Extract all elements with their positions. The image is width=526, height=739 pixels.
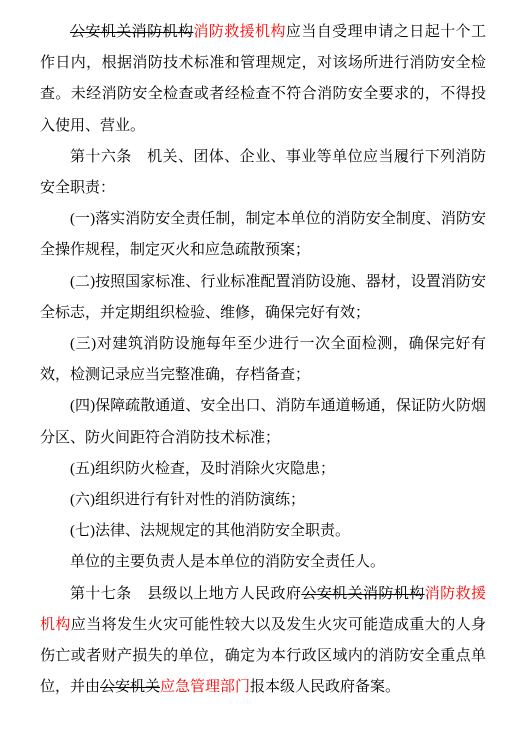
para-responsible-person: 单位的主要负责人是本单位的消防安全责任人。 — [40, 547, 486, 578]
inserted-text-run: 应急管理部门 — [160, 679, 250, 695]
inserted-text-run: 消防救援机构 — [193, 24, 286, 40]
text-run: (一)落实消防安全责任制，制定本单位的消防安全制度、消防安全操作规程，制定灭火和… — [40, 211, 486, 258]
text-run: (七)法律、法规规定的其他消防安全职责。 — [70, 523, 350, 539]
text-run: 单位的主要负责人是本单位的消防安全责任人。 — [70, 554, 385, 570]
text-run: (二)按照国家标准、行业标准配置消防设施、器材，设置消防安全标志，并定期组织检验… — [40, 274, 486, 321]
deleted-text-run: 公安机关消防机构 — [301, 586, 424, 602]
text-run: 第十七条 县级以上地方人民政府 — [70, 586, 301, 602]
text-run: (五)组织防火检查，及时消除火灾隐患； — [70, 461, 335, 477]
para-article-16-item-5: (五)组织防火检查，及时消除火灾隐患； — [40, 454, 486, 485]
deleted-text-run: 公安机关消防机构 — [70, 24, 193, 40]
text-run: 报本级人民政府备案。 — [250, 679, 400, 695]
para-inspection-clause: 公安机关消防机构消防救援机构应当自受理申请之日起十个工作日内，根据消防技术标准和… — [40, 17, 486, 142]
text-run: (六)组织进行有针对性的消防演练； — [70, 492, 305, 508]
text-run: (四)保障疏散通道、安全出口、消防车通道畅通，保证防火防烟分区、防火间距符合消防… — [40, 398, 486, 445]
para-article-16-item-6: (六)组织进行有针对性的消防演练； — [40, 485, 486, 516]
para-article-16-item-4: (四)保障疏散通道、安全出口、消防车通道畅通，保证防火防烟分区、防火间距符合消防… — [40, 391, 486, 453]
document-page: 公安机关消防机构消防救援机构应当自受理申请之日起十个工作日内，根据消防技术标准和… — [0, 0, 526, 739]
text-run: 第十六条 机关、团体、企业、事业等单位应当履行下列消防安全职责： — [40, 149, 486, 196]
text-run: 应当自受理申请之日起十个工作日内，根据消防技术标准和管理规定，对该场所进行消防安… — [40, 24, 486, 134]
para-article-16-item-7: (七)法律、法规规定的其他消防安全职责。 — [40, 516, 486, 547]
para-article-16: 第十六条 机关、团体、企业、事业等单位应当履行下列消防安全职责： — [40, 142, 486, 204]
para-article-16-item-1: (一)落实消防安全责任制，制定本单位的消防安全制度、消防安全操作规程，制定灭火和… — [40, 204, 486, 266]
text-run: (三)对建筑消防设施每年至少进行一次全面检测，确保完好有效，检测记录应当完整准确… — [40, 336, 486, 383]
para-article-17: 第十七条 县级以上地方人民政府公安机关消防机构消防救援机构应当将发生火灾可能性较… — [40, 579, 486, 704]
document-body: 公安机关消防机构消防救援机构应当自受理申请之日起十个工作日内，根据消防技术标准和… — [40, 17, 486, 703]
para-article-16-item-3: (三)对建筑消防设施每年至少进行一次全面检测，确保完好有效，检测记录应当完整准确… — [40, 329, 486, 391]
deleted-text-run: 公安机关 — [100, 679, 160, 695]
para-article-16-item-2: (二)按照国家标准、行业标准配置消防设施、器材，设置消防安全标志，并定期组织检验… — [40, 267, 486, 329]
